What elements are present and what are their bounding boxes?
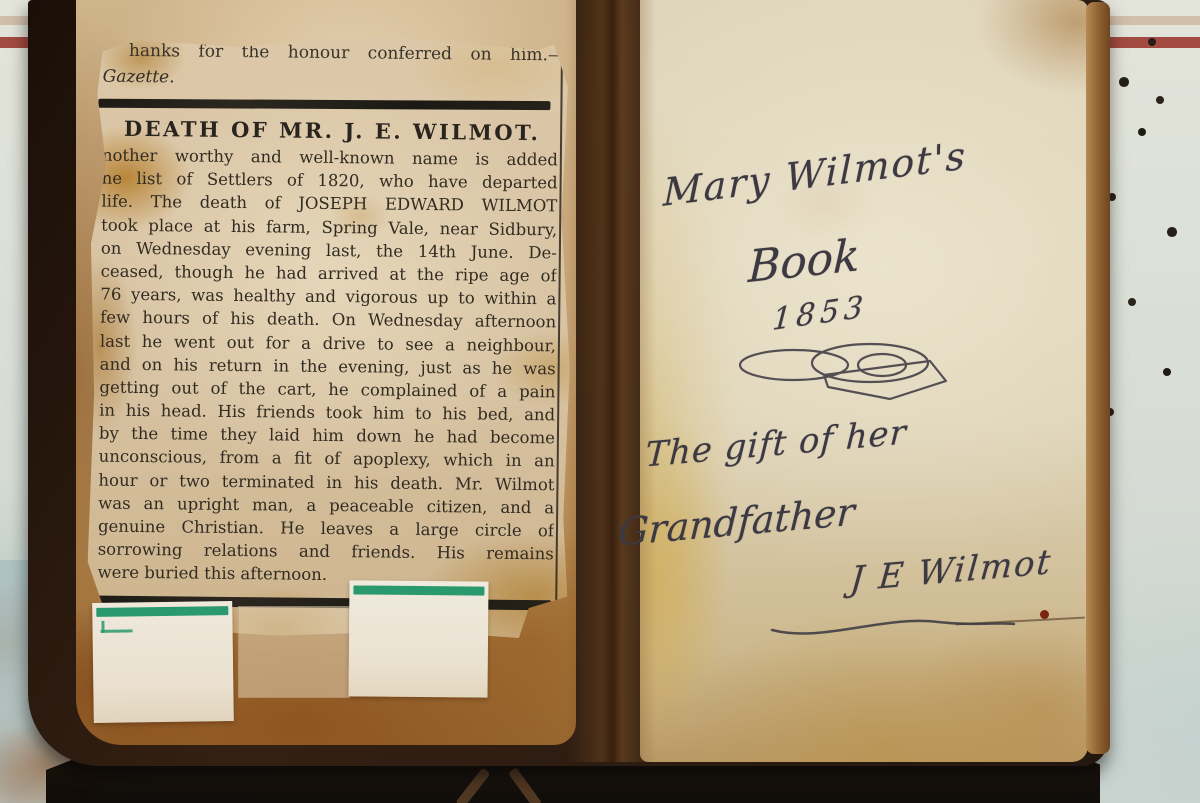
green-mark (101, 621, 104, 633)
pasted-stamp-middle (238, 606, 350, 698)
stamp-green-band (353, 585, 484, 595)
page-fore-edge (1086, 2, 1110, 754)
clipping-source: Gazette. (103, 67, 175, 88)
stamp-green-band (96, 606, 228, 617)
pasted-stamp-right (348, 580, 488, 697)
obituary-body: nother worthy and well-known name is add… (97, 144, 558, 589)
column-rule (555, 62, 563, 628)
photo-open-book: hanks for the honour conferred on him.— … (0, 0, 1200, 803)
green-mark (101, 629, 133, 632)
obituary-headline: DEATH OF MR. J. E. WILMOT. (92, 115, 572, 145)
headline-rule-top (98, 99, 550, 110)
red-dot-stain (1040, 610, 1049, 619)
newspaper-clipping: hanks for the honour conferred on him.— … (87, 34, 573, 639)
ink-scribble (732, 336, 957, 408)
book-gutter (566, 0, 656, 762)
signature-flourish (768, 610, 1018, 644)
pasted-stamp-left (92, 601, 234, 723)
